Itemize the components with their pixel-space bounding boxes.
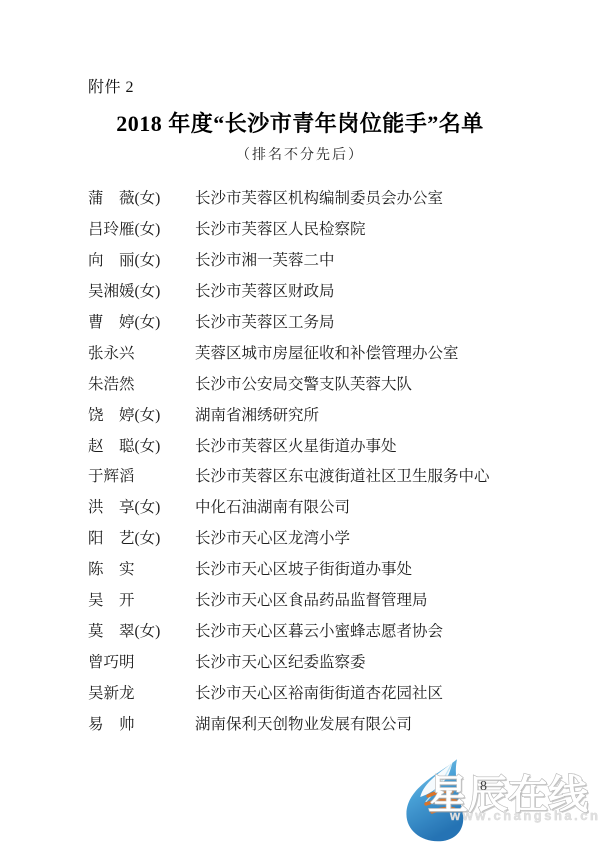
awardee-organization: 长沙市芙蓉区东屯渡街道社区卫生服务中心 [195, 464, 580, 486]
awardee-name: 吴湘媛(女) [88, 279, 195, 301]
watermark-url: www.changsha.cn [449, 808, 600, 823]
awardee-organization: 长沙市天心区裕南街街道杏花园社区 [195, 681, 580, 703]
awardee-name: 洪 享(女) [88, 495, 195, 517]
awardee-name: 吴新龙 [88, 681, 195, 703]
page-subtitle: （排名不分先后） [0, 144, 600, 164]
awardee-organization: 长沙市芙蓉区机构编制委员会办公室 [195, 186, 580, 208]
awardee-name: 莫 翠(女) [88, 619, 195, 641]
watermark-title-shadow: 星辰在线 [430, 775, 591, 819]
awardee-organization: 中化石油湖南有限公司 [195, 495, 580, 517]
water-drop-logo-icon: 星辰在线 星辰在线 www.changsha.cn [398, 754, 600, 848]
awardee-name: 吕玲雁(女) [88, 217, 195, 239]
awardee-name: 赵 聪(女) [88, 434, 195, 456]
awardee-name: 向 丽(女) [88, 248, 195, 270]
awardee-name: 曾巧明 [88, 650, 195, 672]
drop-shape [406, 759, 463, 841]
attachment-label: 附件 2 [88, 74, 134, 97]
awardee-organization: 芙蓉区城市房屋征收和补偿管理办公室 [195, 341, 580, 363]
awardee-organization: 长沙市湘一芙蓉二中 [195, 248, 580, 270]
list-item: 吴湘媛(女)长沙市芙蓉区财政局 [88, 275, 580, 306]
document-page: 附件 2 2018 年度“长沙市青年岗位能手”名单 （排名不分先后） 蒲 薇(女… [0, 0, 600, 848]
page-number: 8 [480, 779, 487, 795]
list-item: 吕玲雁(女)长沙市芙蓉区人民检察院 [88, 213, 580, 244]
awardee-name: 饶 婷(女) [88, 403, 195, 425]
awardee-organization: 长沙市公安局交警支队芙蓉大队 [195, 372, 580, 394]
orange-accent-strokes [426, 792, 456, 813]
awardee-organization: 长沙市芙蓉区火星街道办事处 [195, 434, 580, 456]
list-item: 洪 享(女)中化石油湖南有限公司 [88, 491, 580, 522]
awardee-name: 蒲 薇(女) [88, 186, 195, 208]
awardee-name: 曹 婷(女) [88, 310, 195, 332]
list-item: 莫 翠(女)长沙市天心区暮云小蜜蜂志愿者协会 [88, 614, 580, 645]
list-item: 赵 聪(女)长沙市芙蓉区火星街道办事处 [88, 429, 580, 460]
awardee-name: 阳 艺(女) [88, 526, 195, 548]
awardee-name: 于辉滔 [88, 464, 195, 486]
awardee-organization: 长沙市天心区食品药品监督管理局 [195, 588, 580, 610]
awardee-organization: 长沙市天心区纪委监察委 [195, 650, 580, 672]
page-title: 2018 年度“长沙市青年岗位能手”名单 [0, 107, 600, 138]
awardee-name: 陈 实 [88, 557, 195, 579]
list-item: 阳 艺(女)长沙市天心区龙湾小学 [88, 522, 580, 553]
list-item: 蒲 薇(女)长沙市芙蓉区机构编制委员会办公室 [88, 182, 580, 213]
awardee-organization: 长沙市天心区龙湾小学 [195, 526, 580, 548]
awardee-name: 吴 开 [88, 588, 195, 610]
list-item: 饶 婷(女)湖南省湘绣研究所 [88, 398, 580, 429]
list-item: 曾巧明长沙市天心区纪委监察委 [88, 645, 580, 676]
watermark: 星辰在线 星辰在线 www.changsha.cn [398, 754, 600, 848]
list-item: 朱浩然长沙市公安局交警支队芙蓉大队 [88, 367, 580, 398]
awardee-list: 蒲 薇(女)长沙市芙蓉区机构编制委员会办公室吕玲雁(女)长沙市芙蓉区人民检察院向… [88, 182, 580, 738]
list-item: 曹 婷(女)长沙市芙蓉区工务局 [88, 306, 580, 337]
list-item: 于辉滔长沙市芙蓉区东屯渡街道社区卫生服务中心 [88, 460, 580, 491]
awardee-name: 张永兴 [88, 341, 195, 363]
list-item: 向 丽(女)长沙市湘一芙蓉二中 [88, 244, 580, 275]
list-item: 吴新龙长沙市天心区裕南街街道杏花园社区 [88, 676, 580, 707]
list-item: 陈 实长沙市天心区坡子街街道办事处 [88, 553, 580, 584]
awardee-organization: 长沙市芙蓉区工务局 [195, 310, 580, 332]
awardee-organization: 长沙市天心区暮云小蜜蜂志愿者协会 [195, 619, 580, 641]
watermark-title: 星辰在线 [428, 773, 589, 817]
awardee-organization: 湖南保利天创物业发展有限公司 [195, 712, 580, 734]
list-item: 吴 开长沙市天心区食品药品监督管理局 [88, 584, 580, 615]
awardee-name: 朱浩然 [88, 372, 195, 394]
awardee-name: 易 帅 [88, 712, 195, 734]
awardee-organization: 湖南省湘绣研究所 [195, 403, 580, 425]
awardee-organization: 长沙市天心区坡子街街道办事处 [195, 557, 580, 579]
list-item: 张永兴芙蓉区城市房屋征收和补偿管理办公室 [88, 336, 580, 367]
awardee-organization: 长沙市芙蓉区人民检察院 [195, 217, 580, 239]
list-item: 易 帅湖南保利天创物业发展有限公司 [88, 707, 580, 738]
awardee-organization: 长沙市芙蓉区财政局 [195, 279, 580, 301]
